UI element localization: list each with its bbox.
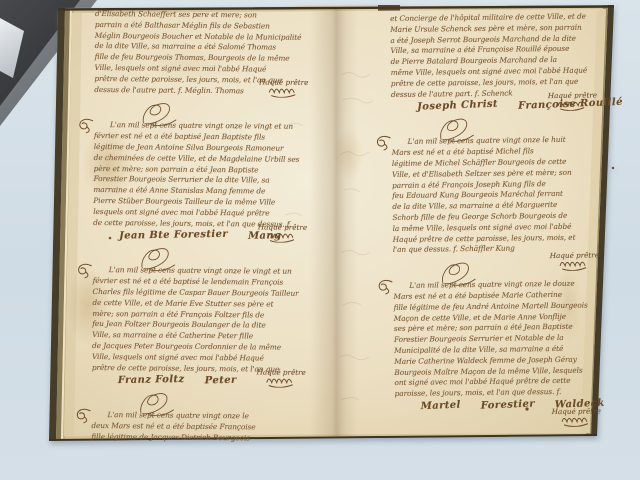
manuscript-line: fille légitime de Jacques Dietrich Bourg… — [91, 432, 307, 445]
priest-paraph-icon — [269, 87, 299, 98]
signature: Joseph Christ — [417, 99, 498, 113]
signature: Jean Bte Forestier — [119, 229, 228, 242]
entry-paraph-icon — [77, 118, 95, 134]
register-entry: et Concierge de l'hôpital militaire de c… — [390, 11, 599, 112]
priest-signature: Haqué prêtre — [256, 368, 305, 388]
register-entry: L'an mil sept cens quatre vingt onze le … — [393, 279, 603, 412]
register-entry: L'an mil sept cens quatre vingt onze led… — [91, 410, 307, 444]
priest-signature-text: Haqué prêtre — [257, 368, 306, 377]
priest-signature-text: Haqué prêtre — [259, 78, 308, 87]
section-flourish — [433, 115, 599, 135]
priest-signature: Haqué prêtre — [550, 251, 599, 272]
priest-signature-text: Haqué prêtre — [548, 91, 597, 101]
register-entry: d'Elisabeth Schaeffert ses pere et mere;… — [94, 9, 311, 97]
priest-paraph-icon — [561, 415, 591, 426]
scan-background: d'Elisabeth Schaeffert ses pere et mere;… — [0, 0, 640, 480]
signature: Peter — [204, 375, 236, 387]
priest-signature: Haqué prêtre — [258, 223, 307, 243]
priest-paraph-icon — [266, 377, 296, 388]
section-flourish — [136, 101, 310, 121]
page-left-text: d'Elisabeth Schaeffert ses pere et mere;… — [91, 9, 311, 450]
section-flourish — [134, 391, 308, 411]
priest-signature: Haqué prêtre — [552, 406, 601, 427]
entry-paraph-icon — [376, 279, 394, 295]
register-entry: L'an mil sept cens quatre vingt onze le … — [92, 265, 309, 387]
register-entry: L'an mil sept cens quatre vingt onze le … — [392, 135, 601, 256]
entry-paraph-icon — [74, 408, 92, 424]
page-right-text: et Concierge de l'hôpital militaire de c… — [390, 11, 603, 416]
open-register-book: d'Elisabeth Schaeffert ses pere et mere;… — [48, 5, 618, 445]
priest-signature-text: Haqué prêtre — [550, 251, 599, 261]
priest-signature-text: Haqué prêtre — [552, 406, 601, 416]
signature: Franz Foltz — [118, 374, 185, 386]
priest-paraph-icon — [559, 260, 589, 271]
signature: Forestier — [481, 398, 536, 411]
priest-signature-text: Haqué prêtre — [258, 223, 307, 232]
priest-paraph-icon — [557, 100, 587, 111]
priest-paraph-icon — [267, 232, 297, 243]
priest-signature: Haqué prêtre — [259, 78, 308, 98]
priest-signature: Haqué prêtre — [548, 91, 597, 112]
entry-paraph-icon — [374, 135, 392, 151]
entry-paraph-icon — [76, 263, 94, 279]
register-entry: L'an mil sept cens quatre vingt onze le … — [93, 120, 310, 242]
section-flourish — [135, 246, 309, 266]
signature: Martel — [421, 400, 461, 413]
